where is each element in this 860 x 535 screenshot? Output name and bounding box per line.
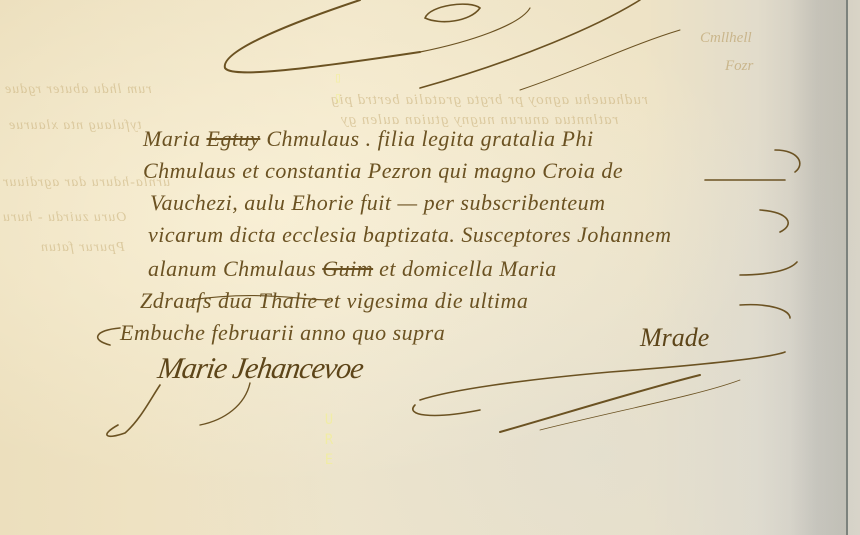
- entry-line-2: Chmulaus et constantia Pezron qui magno …: [143, 158, 623, 184]
- entry-line-1: Maria Egtuy Chmulaus . filia legita grat…: [143, 126, 594, 152]
- entry-line-4: vicarum dicta ecclesia baptizata. Suscep…: [148, 222, 672, 248]
- entry-line-7: Embuche februarii anno quo supra: [120, 320, 445, 346]
- signature-right: Mrade: [640, 323, 709, 353]
- struck-word: Egtuy: [207, 126, 261, 151]
- signature-left: Marie Jehancevoe: [156, 352, 365, 386]
- entry-line-3: Vauchezi, aulu Ehorie fuit — per subscri…: [150, 190, 606, 216]
- manuscript-page: rudhauehu agnoy pr brgta gratalia bertrd…: [0, 0, 860, 535]
- entry-line-6: Zdraufs dua Thalie et vigesima die ultim…: [140, 288, 528, 314]
- entry-line-5: alanum Chmulaus Guim et domicella Maria: [148, 256, 557, 282]
- struck-word: Guim: [322, 256, 373, 281]
